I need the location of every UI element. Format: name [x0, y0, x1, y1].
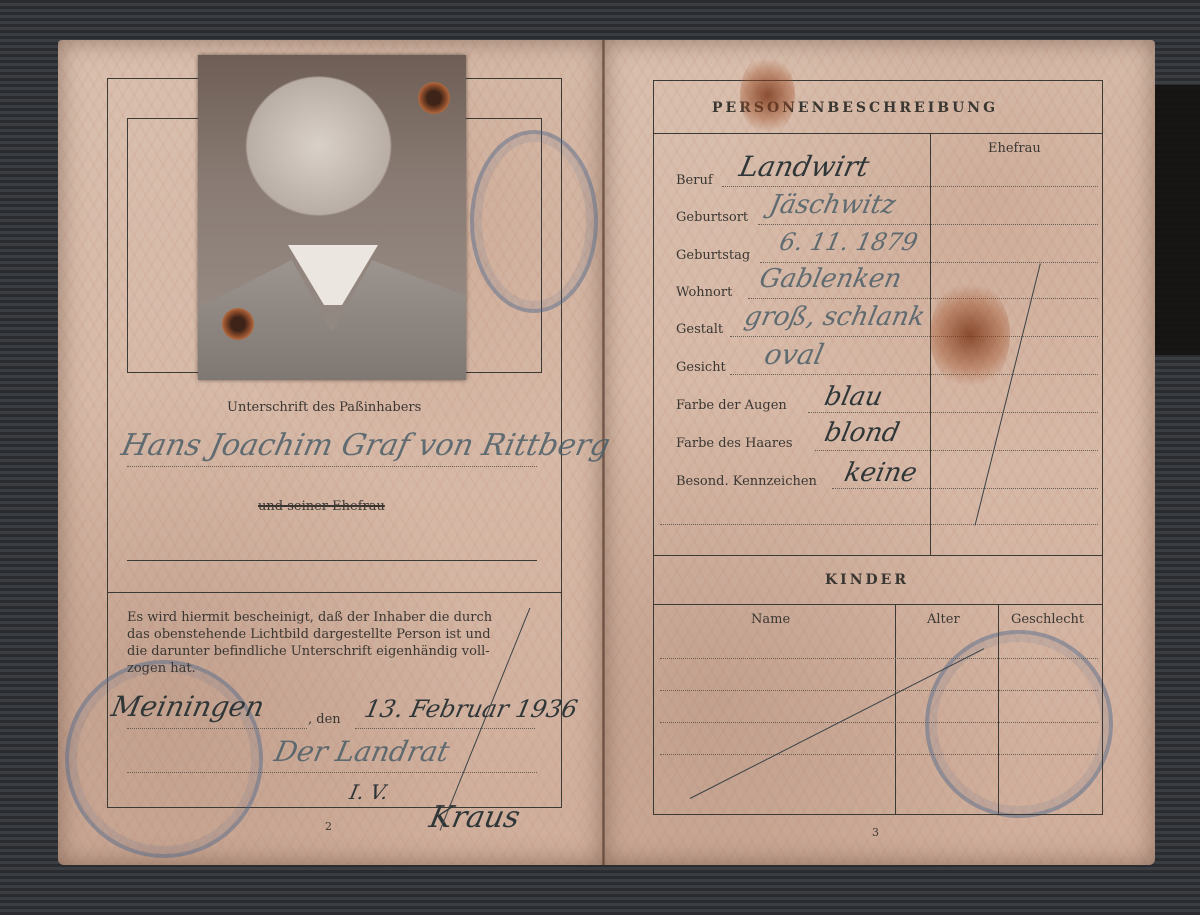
kinder-divider-bottom [653, 604, 1103, 605]
holder-signature: Hans Joachim Graf von Rittberg [118, 428, 613, 463]
field-label-geburtsort: Geburtsort [676, 210, 748, 225]
photo-rivet-bottom [222, 308, 254, 340]
children-line [660, 658, 1098, 659]
field-line [722, 186, 1098, 187]
date-line [355, 728, 535, 729]
children-col-divider-1 [895, 604, 896, 815]
field-label-gesicht: Gesicht [676, 360, 726, 375]
children-col-geschlecht: Geschlecht [1011, 612, 1084, 627]
field-value-kennzeichen: keine [842, 458, 920, 488]
photo-rivet-top [418, 82, 450, 114]
authority-line [127, 772, 537, 773]
certification-line-1: Es wird hiermit bescheinigt, daß der Inh… [127, 609, 492, 626]
rust-stain [930, 280, 1010, 390]
field-value-gestalt: groß, schlank [742, 302, 928, 332]
spouse-caption-struck: und seiner Ehefrau [258, 499, 385, 514]
certification-line-2: das obenstehende Lichtbild dargestellte … [127, 626, 492, 643]
children-col-name: Name [751, 612, 790, 627]
certification-text: Es wird hiermit bescheinigt, daß der Inh… [127, 609, 492, 677]
field-value-wohnort: Gablenken [757, 264, 905, 294]
den-label: , den [308, 712, 341, 727]
field-label-kennzeichen: Besond. Kennzeichen [676, 474, 817, 489]
title-divider [653, 133, 1103, 134]
field-line [730, 374, 1098, 375]
field-line [758, 224, 1098, 225]
deputy-mark: I. V. [347, 780, 390, 804]
field-value-gesicht: oval [761, 338, 826, 371]
field-value-geburtsort: Jäschwitz [767, 190, 899, 220]
page-number-left: 2 [325, 820, 332, 833]
field-line [832, 488, 1098, 489]
field-label-haar: Farbe des Haares [676, 436, 793, 451]
issue-place: Meiningen [108, 690, 267, 723]
field-label-wohnort: Wohnort [676, 285, 732, 300]
spouse-column-header: Ehefrau [988, 141, 1041, 156]
field-line [730, 336, 1098, 337]
field-line [815, 450, 1098, 451]
field-value-beruf: Landwirt [736, 150, 872, 183]
field-line [760, 262, 1098, 263]
rust-stain-top [740, 55, 795, 135]
divider-line-1 [127, 560, 537, 561]
children-title: KINDER [825, 572, 909, 588]
children-line [660, 722, 1098, 723]
children-line [660, 690, 1098, 691]
field-line [748, 298, 1098, 299]
signature-caption: Unterschrift des Paßinhabers [227, 400, 421, 415]
field-value-geburtstag: 6. 11. 1879 [777, 228, 920, 256]
children-col-alter: Alter [927, 612, 960, 627]
field-label-augen: Farbe der Augen [676, 398, 787, 413]
certification-line-4: zogen hat. [127, 660, 492, 677]
field-value-haar: blond [822, 418, 902, 448]
field-value-augen: blau [822, 382, 886, 412]
field-line-empty [660, 524, 1098, 525]
background-dark-object [1155, 85, 1200, 355]
children-col-divider-2 [998, 604, 999, 815]
field-line [808, 412, 1098, 413]
field-label-beruf: Beruf [676, 173, 713, 188]
divider-line-2 [107, 592, 562, 593]
certification-line-3: die darunter befindliche Unterschrift ei… [127, 643, 492, 660]
children-line [660, 754, 1098, 755]
place-line [127, 728, 307, 729]
official-stamp-top [470, 130, 598, 313]
issuing-authority: Der Landrat [271, 735, 452, 768]
field-label-gestalt: Gestalt [676, 322, 723, 337]
signature-line [127, 466, 537, 467]
kinder-divider-top [653, 555, 1103, 556]
field-label-geburtstag: Geburtstag [676, 248, 750, 263]
page-number-right: 3 [872, 826, 879, 839]
issue-date: 13. Februar 1936 [362, 695, 580, 723]
